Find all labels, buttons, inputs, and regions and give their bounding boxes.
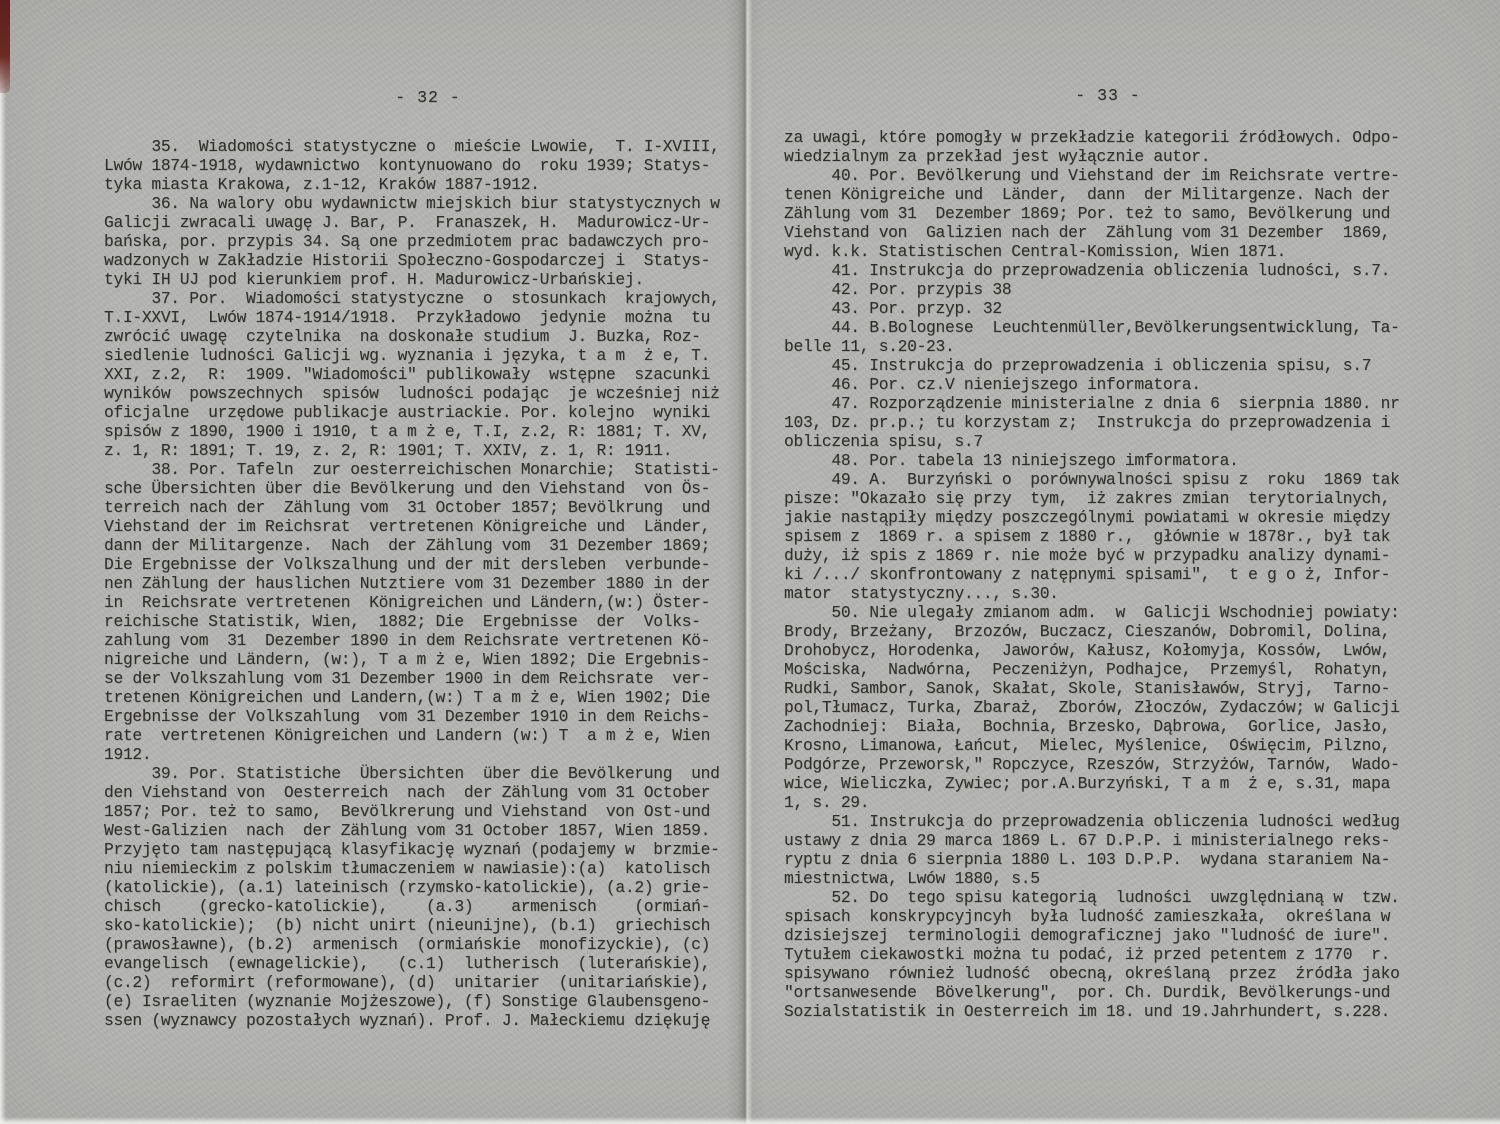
scan-bottom-edge [0, 1117, 1500, 1124]
left-edge-highlight [0, 0, 6, 1124]
left-page: - 32 - 35. Wiadomości statystyczne o mie… [104, 88, 752, 1030]
red-edge-mark [0, 0, 10, 93]
right-page-text: za uwagi, które pomogły w przekładzie ka… [784, 128, 1432, 1021]
book-scan: - 32 - 35. Wiadomości statystyczne o mie… [0, 0, 1500, 1124]
right-page: - 33 - za uwagi, które pomogły w przekła… [784, 86, 1432, 1021]
left-page-text: 35. Wiadomości statystyczne o mieście Lw… [104, 137, 752, 1030]
right-page-number: - 33 - [784, 86, 1432, 105]
left-page-number: - 32 - [104, 88, 752, 107]
